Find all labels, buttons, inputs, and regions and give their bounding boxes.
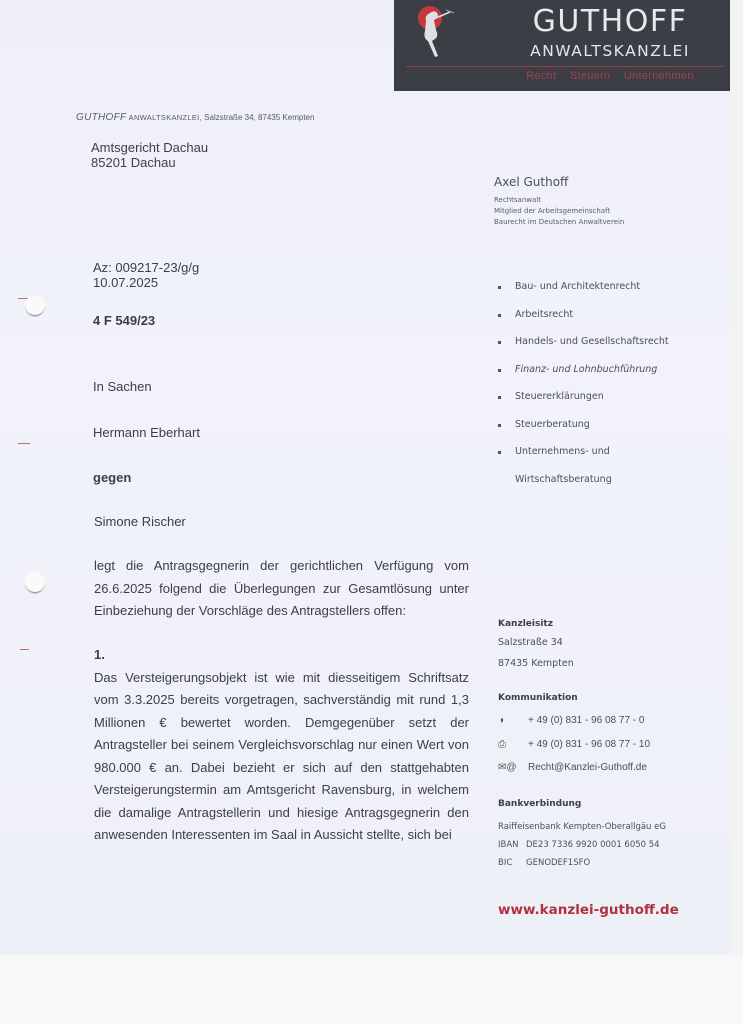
scanner-background (0, 955, 743, 1024)
service-item: Handels- und Gesellschaftsrecht (498, 335, 669, 363)
sender-brand-suffix: ANWALTSKANZLEI, (129, 113, 202, 122)
service-item: Bau- und Architektenrecht (498, 280, 669, 308)
logo-divider (406, 66, 724, 67)
firm-type: ANWALTSKANZLEI (494, 42, 726, 60)
bullet-icon (498, 286, 501, 289)
bic-value: GENODEF1SFO (526, 858, 590, 868)
phone-icon: ◑ (498, 715, 528, 726)
bank-name: Raiffeisenbank Kempten-Oberallgäu eG (498, 822, 666, 832)
bullet-icon (498, 451, 501, 454)
bullet-icon (498, 314, 501, 317)
fax-icon: ⎙ (498, 739, 528, 750)
iban-row: IBANDE23 7336 9920 0001 6050 54 (498, 840, 660, 850)
service-item: Unternehmens- und (498, 445, 669, 473)
attorney-membership: Mitglied der Arbeitsgemeinschaft (494, 206, 610, 216)
service-item: Steuerberatung (498, 418, 669, 446)
fax-row: ⎙+ 49 (0) 831 - 96 08 77 - 10 (498, 739, 650, 750)
phone-number: + 49 (0) 831 - 96 08 77 - 0 (528, 715, 644, 726)
service-item: Arbeitsrecht (498, 308, 669, 336)
attorney-name: Axel Guthoff (494, 175, 568, 189)
file-reference: Az: 009217-23/g/g (93, 260, 199, 275)
case-number: 4 F 549/23 (93, 313, 155, 328)
firm-name: GUTHOFF (494, 4, 726, 39)
justitia-icon (408, 4, 460, 66)
office-street: Salzstraße 34 (498, 637, 563, 648)
section-number: 1. (94, 644, 469, 667)
bullet-icon (498, 396, 501, 399)
section-1: 1. Das Versteigerungsobjekt ist wie mit … (94, 644, 469, 847)
website-link[interactable]: www.kanzlei-guthoff.de (498, 902, 679, 918)
service-item: Steuererklärungen (498, 390, 669, 418)
bullet-icon (498, 369, 501, 372)
bullet-icon (498, 341, 501, 344)
bic-label: BIC (498, 858, 526, 868)
services-list: Bau- und Architektenrecht Arbeitsrecht H… (498, 280, 669, 493)
firm-tagline: Recht Steuern Unternehmen (494, 70, 726, 82)
iban-value: DE23 7336 9920 0001 6050 54 (526, 840, 660, 850)
recipient-name: Amtsgericht Dachau (91, 140, 208, 155)
bullet-icon (498, 424, 501, 427)
respondent-name: Simone Rischer (94, 514, 186, 529)
attorney-title: Rechtsanwalt (494, 195, 541, 205)
iban-label: IBAN (498, 840, 526, 850)
sender-brand: GUTHOFF (76, 112, 126, 123)
page-edge (730, 0, 743, 955)
communication-heading: Kommunikation (498, 693, 578, 703)
sender-return-address: GUTHOFF ANWALTSKANZLEI, Salzstraße 34, 8… (76, 112, 314, 123)
case-intro: In Sachen (93, 379, 152, 394)
fold-mark (20, 649, 29, 650)
versus-label: gegen (93, 470, 131, 485)
bic-row: BICGENODEF1SFO (498, 858, 590, 868)
punch-hole (25, 572, 45, 593)
letterhead-logo: GUTHOFF ANWALTSKANZLEI Recht Steuern Unt… (394, 0, 730, 91)
opening-paragraph: legt die Antragsgegnerin der gerichtlich… (94, 555, 469, 623)
punch-hole (25, 295, 45, 316)
opening-text: legt die Antragsgegnerin der gerichtlich… (94, 555, 469, 623)
email-address[interactable]: Recht@Kanzlei-Guthoff.de (528, 762, 647, 773)
service-item-continued: Wirtschaftsberatung (498, 473, 669, 493)
email-icon: ✉@ (498, 762, 528, 773)
attorney-membership-detail: Baurecht im Deutschen Anwaltverein (494, 217, 624, 227)
section-text: Das Versteigerungsobjekt ist wie mit die… (94, 667, 469, 847)
office-city: 87435 Kempten (498, 658, 574, 669)
office-heading: Kanzleisitz (498, 619, 553, 629)
phone-row: ◑+ 49 (0) 831 - 96 08 77 - 0 (498, 715, 644, 726)
applicant-name: Hermann Eberhart (93, 425, 200, 440)
recipient-city: 85201 Dachau (91, 155, 176, 170)
sender-address: Salzstraße 34, 87435 Kempten (202, 113, 315, 122)
fax-number: + 49 (0) 831 - 96 08 77 - 10 (528, 739, 650, 750)
fold-mark (18, 443, 30, 444)
service-item: Finanz- und Lohnbuchführung (498, 363, 669, 391)
email-row: ✉@Recht@Kanzlei-Guthoff.de (498, 762, 647, 773)
bank-heading: Bankverbindung (498, 799, 581, 809)
letter-date: 10.07.2025 (93, 275, 158, 290)
